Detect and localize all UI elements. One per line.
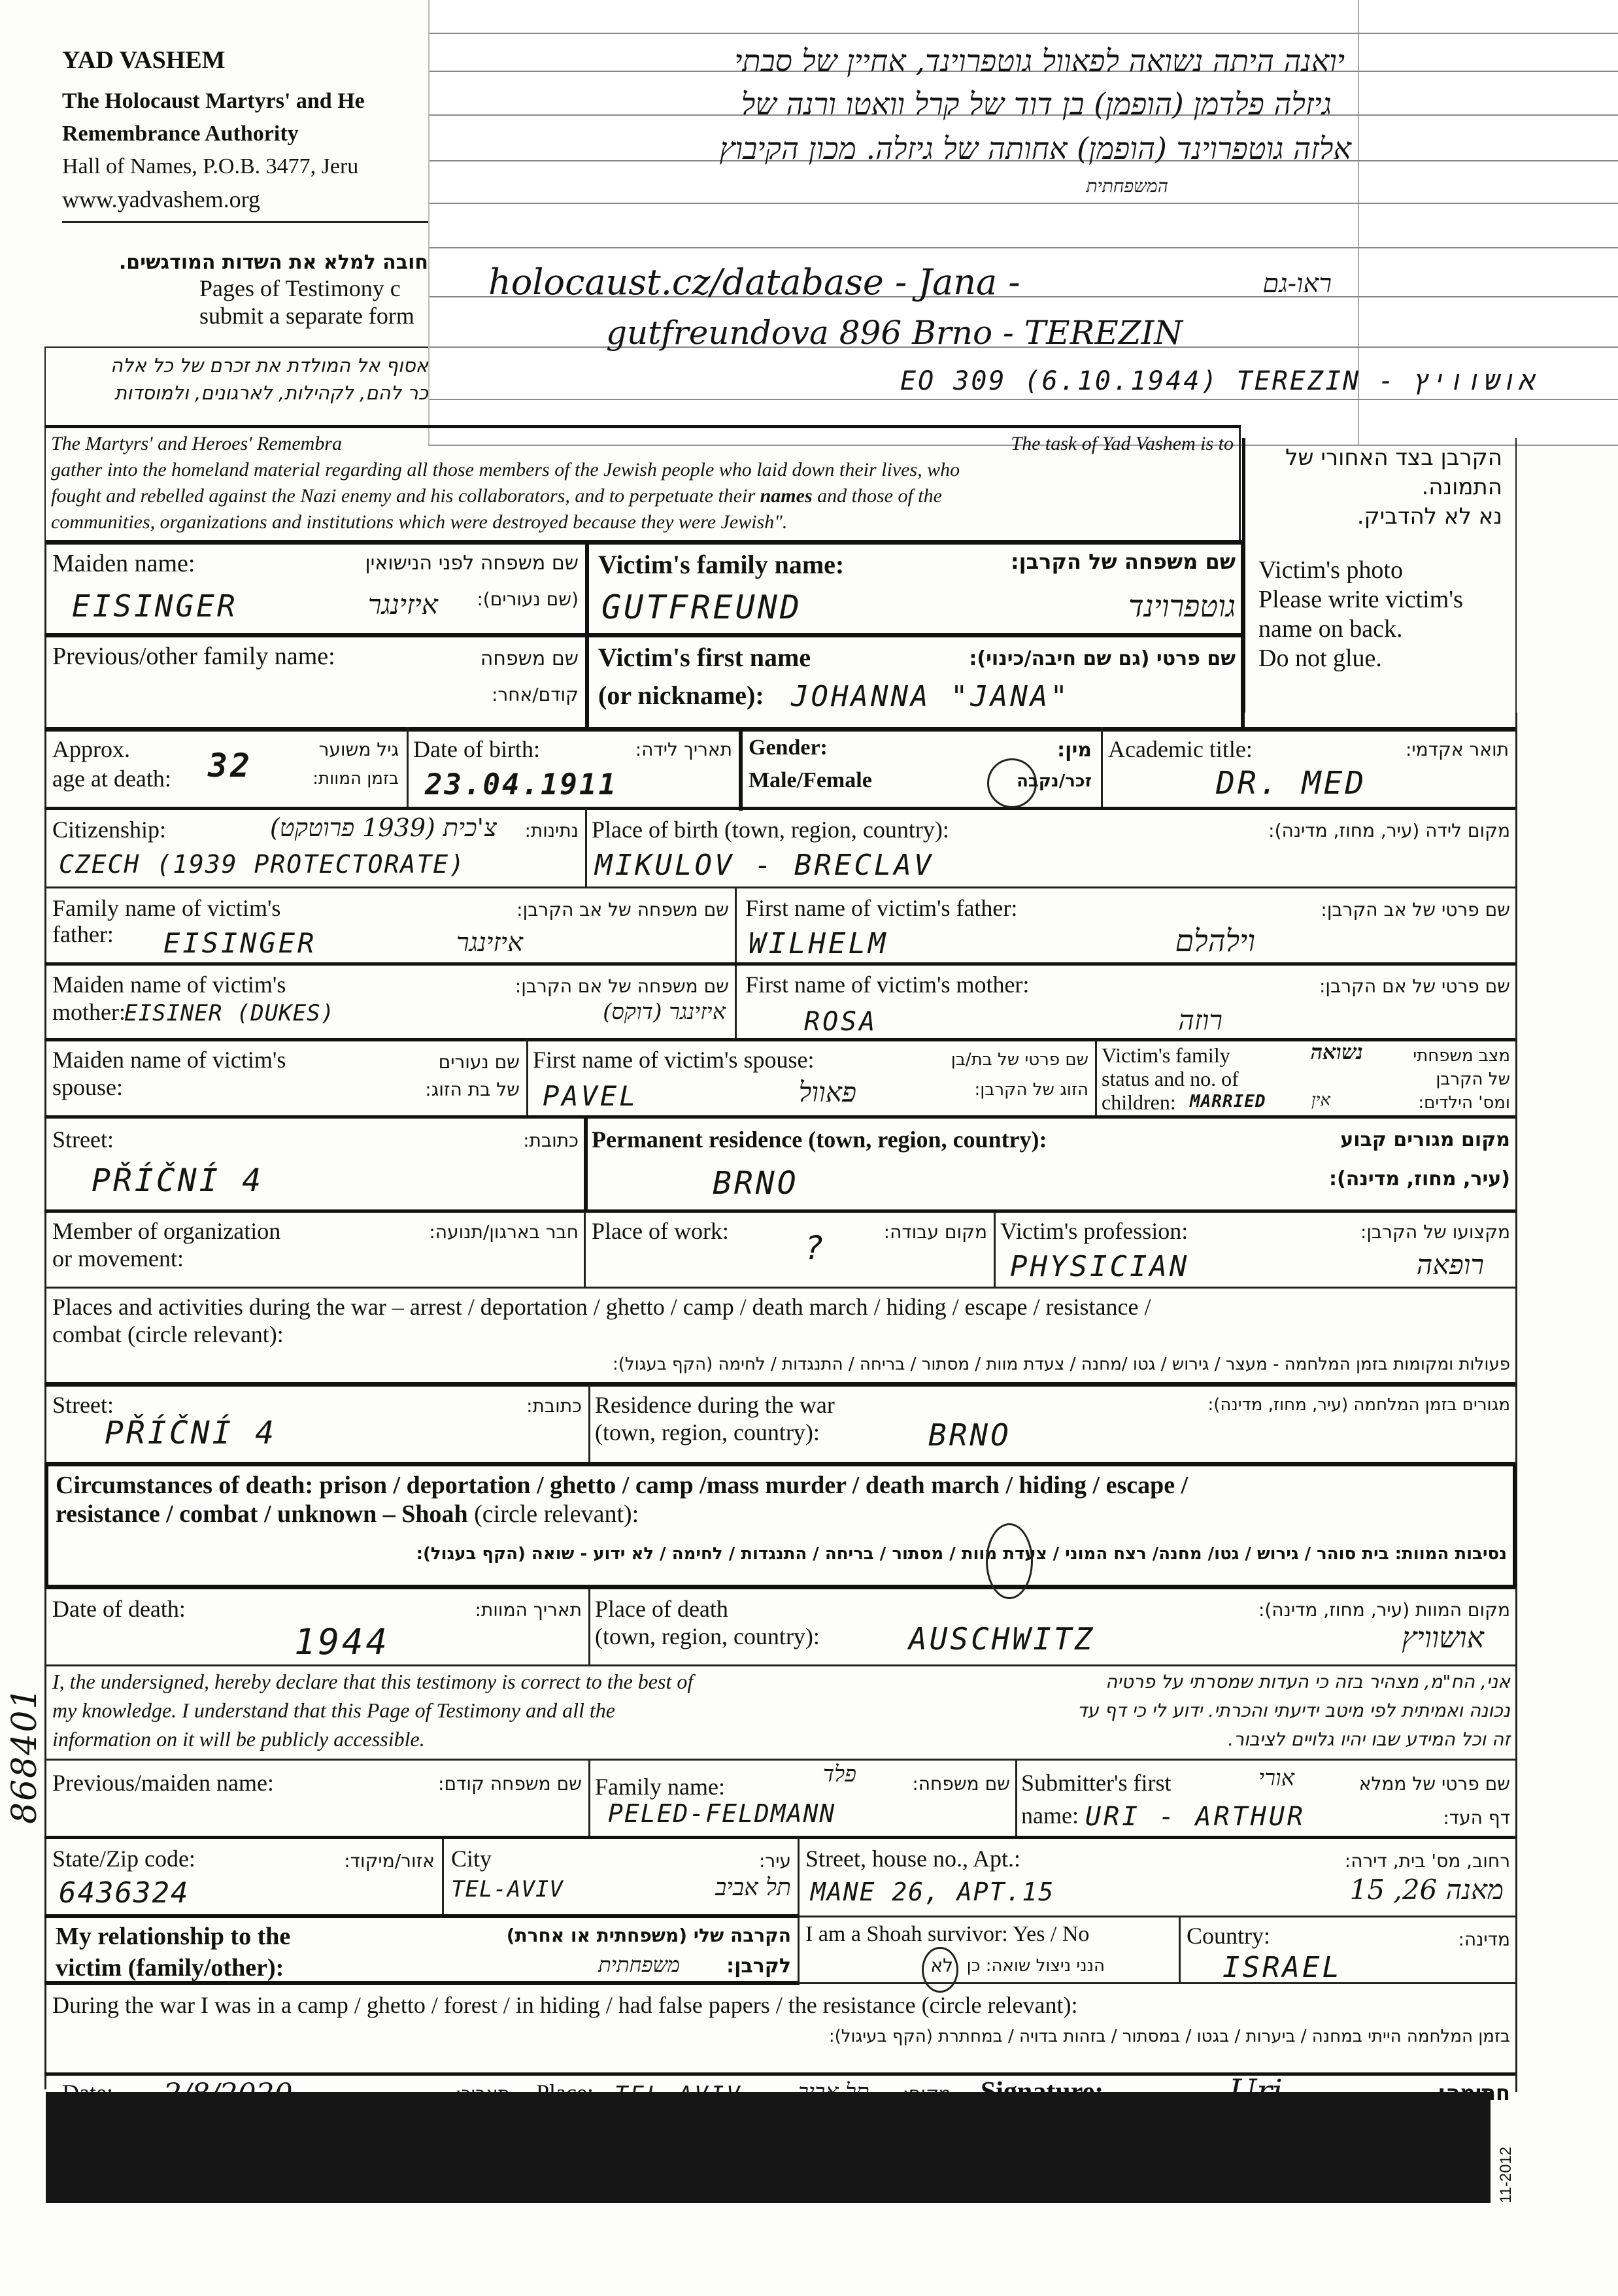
permanent-residence-label: Permanent residence (town, region, count… [592, 1126, 1047, 1153]
note-line-1: יואנה היתה נשואה לפאוול גוטפרוינד, אחיין… [456, 43, 1345, 78]
place-of-birth-value[interactable]: MIKULOV - BRECLAV [595, 849, 934, 882]
mother-maiden-name-label2: mother: [52, 998, 126, 1026]
note-line-4: המשפחתית [456, 175, 1168, 197]
father-first-name-label: First name of victim's father: [745, 894, 1017, 922]
mother-first-name-label: First name of victim's mother: [745, 971, 1029, 998]
declaration-en-line3: information on it will be publicly acces… [52, 1727, 425, 1751]
submitter-family-name-value-he[interactable]: פלד [804, 1761, 856, 1787]
permanent-residence-label-he2: (עיר, מחוז, מדינה): [1281, 1168, 1510, 1190]
war-residence-value[interactable]: BRNO [928, 1417, 1011, 1453]
rule [1513, 1463, 1517, 1587]
spouse-maiden-name-label-he2: של בת הזוג: [366, 1079, 520, 1100]
family-status-label-he3: ומס' הילדים: [1386, 1093, 1510, 1113]
country-label-he: מדינה: [1425, 1929, 1510, 1950]
mandatory-fields-notice-he: חובה למלא את השדות המודגשים. [39, 251, 428, 274]
gender-female-circle [987, 758, 1037, 808]
during-war-label-he: בזמן המלחמה הייתי במחנה / ביערות / בגטו … [458, 2027, 1510, 2046]
rule [798, 1916, 1515, 1917]
place-of-death-label: Place of death [595, 1595, 728, 1623]
spouse-first-name-value[interactable]: PAVEL [543, 1080, 638, 1112]
war-residence-label: Residence during the war [595, 1391, 835, 1419]
date-of-death-value[interactable]: 1944 [294, 1621, 390, 1663]
circumstances-label: Circumstances of death: prison / deporta… [56, 1471, 1188, 1500]
submitter-family-name-label: Family name: [595, 1773, 725, 1800]
victim-family-name-value-he[interactable]: גוטפרוינד [1013, 588, 1236, 624]
victim-family-name-label-he: שם משפחה של הקרבן: [915, 549, 1236, 574]
war-residence-label2: (town, region, country): [595, 1419, 820, 1446]
spouse-first-name-label-he: שם פרטי של בת/בן [928, 1050, 1088, 1070]
rule [44, 807, 1515, 810]
mother-maiden-name-value[interactable]: EISINER (DUKES) [124, 1000, 335, 1026]
maiden-name-label-he: שם משפחה לפני הנישואין [327, 549, 579, 578]
photo-en-line3: name on back. [1258, 615, 1403, 643]
mission-statement: The Martyrs' and Heroes' Remembra The ta… [44, 428, 1241, 541]
rule [44, 1914, 800, 1918]
previous-family-name-label: Previous/other family name: [52, 642, 335, 671]
mission-he-line2: כר להם, לקהילות, לארגונים, ולמוסדות [46, 382, 428, 404]
org-line1: The Holocaust Martyrs' and He [62, 89, 365, 114]
submitter-family-name-value[interactable]: PELED-FELDMANN [608, 1799, 835, 1828]
instruction-line2: submit a separate form [199, 302, 414, 329]
circumstances-label-tail: (circle relevant): [474, 1500, 639, 1528]
rule [798, 1982, 1515, 1984]
profession-value-he[interactable]: רופאה [1366, 1249, 1484, 1281]
victim-first-name-value[interactable]: JOHANNA "JANA" [791, 680, 1070, 713]
rule [44, 1585, 1515, 1589]
age-label-he2: בזמן המוות: [275, 769, 399, 788]
declaration-en-line2: my knowledge. I understand that this Pag… [52, 1698, 615, 1723]
organization-label-he: חבר בארגון/תנועה: [392, 1221, 579, 1243]
attached-handwritten-note: יואנה היתה נשואה לפאוול גוטפרוינד, אחיין… [428, 0, 1618, 445]
declaration-he-line3: זה וכל המידע שבו יהיו גלויים לציבור. [915, 1729, 1510, 1750]
city-label: City [451, 1845, 492, 1872]
family-status-label-he2: של הקרבן [1386, 1070, 1510, 1089]
city-value[interactable]: TEL-AVIV [451, 1876, 564, 1902]
previous-family-name-sub-he: קודם/אחר: [458, 684, 579, 705]
during-war-label: During the war I was in a camp / ghetto … [52, 1991, 1077, 2019]
family-status-children-he[interactable]: אין [1298, 1090, 1330, 1110]
rule [44, 886, 1515, 888]
rule [44, 1836, 1515, 1839]
war-street-value[interactable]: PŘÍČNÍ 4 [105, 1415, 277, 1451]
spouse-maiden-name-label-he: שם נעורים [366, 1051, 520, 1073]
rule [588, 1589, 590, 1666]
family-status-value[interactable]: MARRIED [1190, 1092, 1266, 1111]
victim-first-name-label2: (or nickname): [598, 680, 764, 711]
rule [44, 1382, 1515, 1387]
rule [994, 1211, 996, 1289]
father-first-name-value-he[interactable]: וילהלם [1111, 923, 1255, 958]
family-status-label-he: מצב משפחתי [1386, 1046, 1510, 1066]
submitter-first-name-value[interactable]: URI - ARTHUR [1085, 1802, 1306, 1832]
relationship-value-he[interactable]: משפחתית [543, 1952, 680, 1977]
org-name: YAD VASHEM [62, 46, 226, 75]
submitter-previous-name-label: Previous/maiden name: [52, 1769, 274, 1797]
victim-first-name-label: Victim's first name [598, 642, 811, 673]
citizenship-label: Citizenship: [52, 816, 166, 843]
mother-first-name-label-he: שם פרטי של אם הקרבן: [1262, 975, 1510, 997]
victim-family-name-label: Victim's family name: [598, 549, 844, 580]
circumstances-label-line1: Circumstances of death: prison / deporta… [56, 1472, 1188, 1499]
academic-title-label-he: תואר אקדמי: [1360, 739, 1509, 760]
rule [44, 727, 1515, 732]
place-of-death-label-he: מקום המוות (עיר, מחוז, מדינה): [1164, 1599, 1510, 1621]
submitter-first-name-label-he: שם פרטי של ממלא [1327, 1773, 1510, 1795]
photo-box[interactable]: הקרבן בצד האחורי של התמונה. נא לא להדביק… [1242, 438, 1517, 713]
organization-label2: or movement: [52, 1245, 184, 1272]
mission-he-line1: אסוף אל המולדת את זכרם של כל אלה [46, 354, 428, 377]
note-line-2: גיזלה פלדמן (הופמן) בן דוד של קרל וואטו … [456, 86, 1332, 122]
place-of-death-label2: (town, region, country): [595, 1623, 820, 1650]
rule [44, 1115, 1515, 1119]
places-activities-label-he: פעולות ומקומות בזמן המלחמה - מעצר / גירו… [261, 1355, 1510, 1374]
street-label: Street: [52, 1126, 114, 1153]
city-label-he: עיר: [732, 1850, 791, 1872]
rule [44, 1463, 48, 1587]
zip-value[interactable]: 6436324 [59, 1876, 189, 1910]
place-of-work-value[interactable]: ? [804, 1229, 826, 1267]
submitter-street-value[interactable]: MANE 26, APT.15 [811, 1878, 1054, 1906]
header-divider [62, 221, 428, 223]
submitter-street-value-he[interactable]: מאנה 26, 15 [1275, 1874, 1504, 1906]
street-label-he: כתובת: [471, 1130, 579, 1151]
rule [442, 1838, 444, 1917]
relationship-label-he: הקרבה שלי (משפחתית או אחרת) [392, 1925, 791, 1946]
rule [1095, 1039, 1097, 1117]
note-rule [430, 399, 1618, 400]
rule [44, 1209, 1515, 1213]
note-line-3: אלזה גוטפרוינד (הופמן) אחותה של גיזלה. מ… [456, 131, 1351, 166]
rule [407, 727, 409, 809]
rule [44, 1759, 1515, 1761]
country-label: Country: [1187, 1922, 1270, 1950]
submitter-street-label-he: רחוב, מס' בית, דירה: [1275, 1850, 1510, 1872]
previous-family-name-label-he: שם משפחה [458, 647, 579, 670]
mission-line2: gather into the homeland material regard… [51, 457, 1234, 483]
victim-family-name-value[interactable]: GUTFREUND [601, 588, 802, 626]
father-first-name-label-he: שם פרטי של אב הקרבן: [1262, 899, 1510, 920]
survivor-label: I am a Shoah survivor: Yes / No [805, 1922, 1089, 1947]
note-see-also: ראו-גם [1181, 268, 1332, 299]
maiden-name-sub-he: (שם נעורים): [445, 588, 579, 610]
rule [1179, 1917, 1181, 1982]
mother-maiden-name-value-he[interactable]: איזינגר (דוקס) [458, 999, 726, 1025]
redacted-block [46, 2092, 1491, 2203]
circumstances-camp-circle [986, 1523, 1033, 1599]
form-code: 11-2012 [1497, 2147, 1515, 2203]
maiden-name-value-he[interactable]: איזינגר [327, 588, 438, 621]
place-of-birth-label-he: מקום לידה (עיר, מחוז, מדינה): [1177, 820, 1510, 841]
family-status-label3: children: [1102, 1090, 1176, 1115]
rule [44, 633, 1241, 637]
father-family-name-label: Family name of victim's [52, 894, 280, 922]
relationship-label-he2: לקרבן: [686, 1955, 791, 1978]
note-db-line2: gutfreundova 896 Brno - TEREZIN [606, 314, 1183, 352]
place-of-work-label: Place of work: [592, 1217, 729, 1245]
academic-title-value[interactable]: DR. MED [1216, 765, 1366, 802]
citizenship-value[interactable]: CZECH (1939 PROTECTORATE) [59, 850, 465, 879]
victim-first-name-label-he: שם פרטי (גם שם חיבה/כינוי): [896, 647, 1236, 670]
note-rule [430, 247, 1618, 248]
mission-line4: communities, organizations and instituti… [51, 509, 1234, 535]
age-label-he: גיל משוער [275, 739, 399, 760]
org-address: Hall of Names, P.O.B. 3477, Jeru [62, 154, 358, 179]
maiden-name-value[interactable]: EISINGER [72, 588, 238, 624]
gender-label2: Male/Female [749, 768, 872, 793]
father-family-name-label2: father: [52, 920, 114, 948]
photo-en-line2: Please write victim's [1258, 585, 1463, 614]
rule [44, 1462, 1515, 1466]
rule [44, 540, 46, 2089]
war-street-label-he: כתובת: [471, 1395, 582, 1417]
permanent-residence-label-he: מקום מגורים קבוע [1281, 1128, 1510, 1151]
submitter-previous-name-label-he: שם משפחה קודם: [392, 1773, 582, 1795]
rule [44, 962, 1515, 966]
place-of-work-label-he: מקום עבודה: [876, 1221, 987, 1243]
circumstances-label-he: נסיבות המוות: בית סוהר / גירוש / גטו/ מח… [78, 1544, 1507, 1564]
mission-line1-tail: The task of Yad Vashem is to [1011, 431, 1234, 457]
place-of-death-value-he[interactable]: אושוויץ [1307, 1621, 1484, 1655]
declaration-en-line1: I, the undersigned, hereby declare that … [52, 1670, 693, 1694]
zip-label-he: אזור/מיקוד: [301, 1850, 435, 1872]
mission-line1: The Martyrs' and Heroes' Remembra [51, 431, 342, 457]
photo-he-line3: נא לא להדביק. [1357, 503, 1502, 530]
org-line2: Remembrance Authority [62, 122, 299, 146]
dob-value[interactable]: 23.04.1911 [425, 768, 618, 802]
submitter-first-name-label2: name: [1021, 1802, 1079, 1829]
circumstances-label-line2: resistance / combat / unknown – Shoah [56, 1500, 468, 1528]
mission-line3a: fought and rebelled against the Nazi ene… [51, 485, 760, 507]
father-family-name-value[interactable]: EISINGER [163, 927, 316, 959]
photo-en-line1: Victim's photo [1258, 556, 1403, 584]
rule [798, 1838, 800, 1982]
academic-title-label: Academic title: [1108, 735, 1253, 763]
spouse-maiden-name-label2: spouse: [52, 1073, 123, 1101]
photo-he-line2: התמונה. [1421, 474, 1502, 500]
father-family-name-label-he: שם משפחה של אב הקרבן: [458, 899, 729, 920]
spouse-first-name-label: First name of victim's spouse: [533, 1046, 814, 1073]
permanent-residence-value[interactable]: BRNO [713, 1165, 799, 1202]
country-value[interactable]: ISRAEL [1222, 1951, 1342, 1984]
mother-first-name-value-he[interactable]: רוזה [1111, 1004, 1222, 1037]
place-of-death-value[interactable]: AUSCHWITZ [909, 1621, 1095, 1657]
street-value[interactable]: PŘÍČNÍ 4 [92, 1162, 263, 1199]
relationship-label2: victim (family/other): [56, 1953, 284, 1982]
circumstances-label-row2: resistance / combat / unknown – Shoah (c… [56, 1500, 639, 1528]
note-db-line3: EO 309 (6.10.1944) TEREZIN - אושוויץ [900, 366, 1537, 398]
archive-number: 868401 [5, 1686, 44, 1824]
rule [584, 1117, 588, 1211]
citizenship-label-he: נתינות: [503, 820, 579, 841]
rule [44, 1287, 1515, 1289]
mother-maiden-name-label: Maiden name of victim's [52, 971, 286, 998]
survivor-no-circle [922, 1947, 958, 1993]
relationship-label: My relationship to the [56, 1922, 290, 1951]
rule [526, 1039, 528, 1117]
photo-he-line1: הקרבן בצד האחורי של [1285, 445, 1502, 471]
submitter-first-name-label-he2: דף העד: [1406, 1807, 1510, 1829]
rule [44, 1664, 1515, 1666]
maiden-name-label: Maiden name: [52, 549, 195, 578]
father-first-name-value[interactable]: WILHELM [749, 927, 888, 960]
family-status-value-he[interactable]: נשואה [1281, 1039, 1363, 1064]
places-activities-label: Places and activities during the war – a… [52, 1293, 1151, 1321]
date-of-death-label: Date of death: [52, 1595, 186, 1623]
rule [739, 727, 743, 811]
family-status-label: Victim's family [1102, 1043, 1230, 1068]
organization-label: Member of organization [52, 1217, 280, 1245]
survivor-label-he: הנני ניצול שואה: כן [850, 1956, 1105, 1976]
place-of-birth-label: Place of birth (town, region, country): [592, 816, 949, 843]
note-rule [430, 203, 1618, 204]
declaration-he-line2: נכונה ואמיתית לפי מיטב ידיעתי והכרתי. יד… [915, 1700, 1510, 1721]
mother-first-name-value[interactable]: ROSA [804, 1007, 877, 1037]
org-website[interactable]: www.yadvashem.org [62, 186, 260, 213]
mother-maiden-name-label-he: שם משפחה של אם הקרבן: [458, 975, 729, 997]
age-label: Approx. [52, 735, 130, 763]
gender-label-he: מין: [1020, 739, 1092, 762]
gender-label: Gender: [749, 735, 828, 760]
spouse-first-name-label-he2: הזוג של הקרבן: [928, 1080, 1088, 1100]
rule [584, 1211, 586, 1289]
rule [588, 1385, 590, 1463]
submitter-street-label: Street, house no., Apt.: [805, 1845, 1020, 1872]
rule [44, 2072, 1515, 2076]
spouse-maiden-name-label: Maiden name of victim's [52, 1046, 286, 1073]
note-rule [430, 33, 1618, 34]
profession-value[interactable]: PHYSICIAN [1010, 1250, 1189, 1283]
note-db-link: holocaust.cz/database - Jana - [488, 262, 1020, 303]
places-activities-label2: combat (circle relevant): [52, 1321, 284, 1348]
age-value[interactable]: 32 [208, 747, 252, 785]
rule [1015, 1760, 1017, 1837]
dob-label-he: תאריך לידה: [588, 739, 732, 760]
photo-en-line4: Do not glue. [1258, 644, 1382, 673]
rule [1241, 540, 1245, 730]
spouse-first-name-value-he[interactable]: פאוול [752, 1076, 856, 1109]
instruction-line1: Pages of Testimony c [199, 275, 401, 302]
rule [44, 540, 1241, 545]
zip-label: State/Zip code: [52, 1845, 195, 1872]
age-label2: age at death: [52, 765, 171, 792]
profession-label-he: מקצועו של הקרבן: [1327, 1221, 1510, 1243]
submitter-family-name-label-he: שם משפחה: [889, 1773, 1010, 1795]
mission-names-bold: names [760, 485, 813, 507]
dob-label: Date of birth: [413, 735, 540, 763]
submitter-first-name-value-he[interactable]: אורי [1229, 1765, 1294, 1791]
declaration-he-line1: אני, הח"מ, מצהיר בזה כי העדות שמסרתי על … [915, 1671, 1510, 1693]
war-residence-label-he: מגורים בזמן המלחמה (עיר, מחוז, מדינה): [1092, 1395, 1510, 1415]
profession-label: Victim's profession: [1000, 1217, 1188, 1245]
date-of-death-label-he: תאריך המוות: [425, 1599, 582, 1621]
rule [1101, 727, 1103, 809]
rule [585, 808, 587, 888]
submitter-first-name-label: Submitter's first [1021, 1769, 1171, 1797]
rule [588, 1760, 590, 1837]
city-value-he[interactable]: תל אביב [680, 1874, 791, 1901]
father-family-name-value-he[interactable]: איזינגר [392, 927, 523, 958]
family-status-label2: status and no. of [1102, 1067, 1239, 1091]
citizenship-value-he[interactable]: צ'כית (1939 פרוטקט) [216, 813, 497, 843]
rule [1515, 713, 1517, 2092]
mission-line3b: and those of the [813, 485, 942, 507]
